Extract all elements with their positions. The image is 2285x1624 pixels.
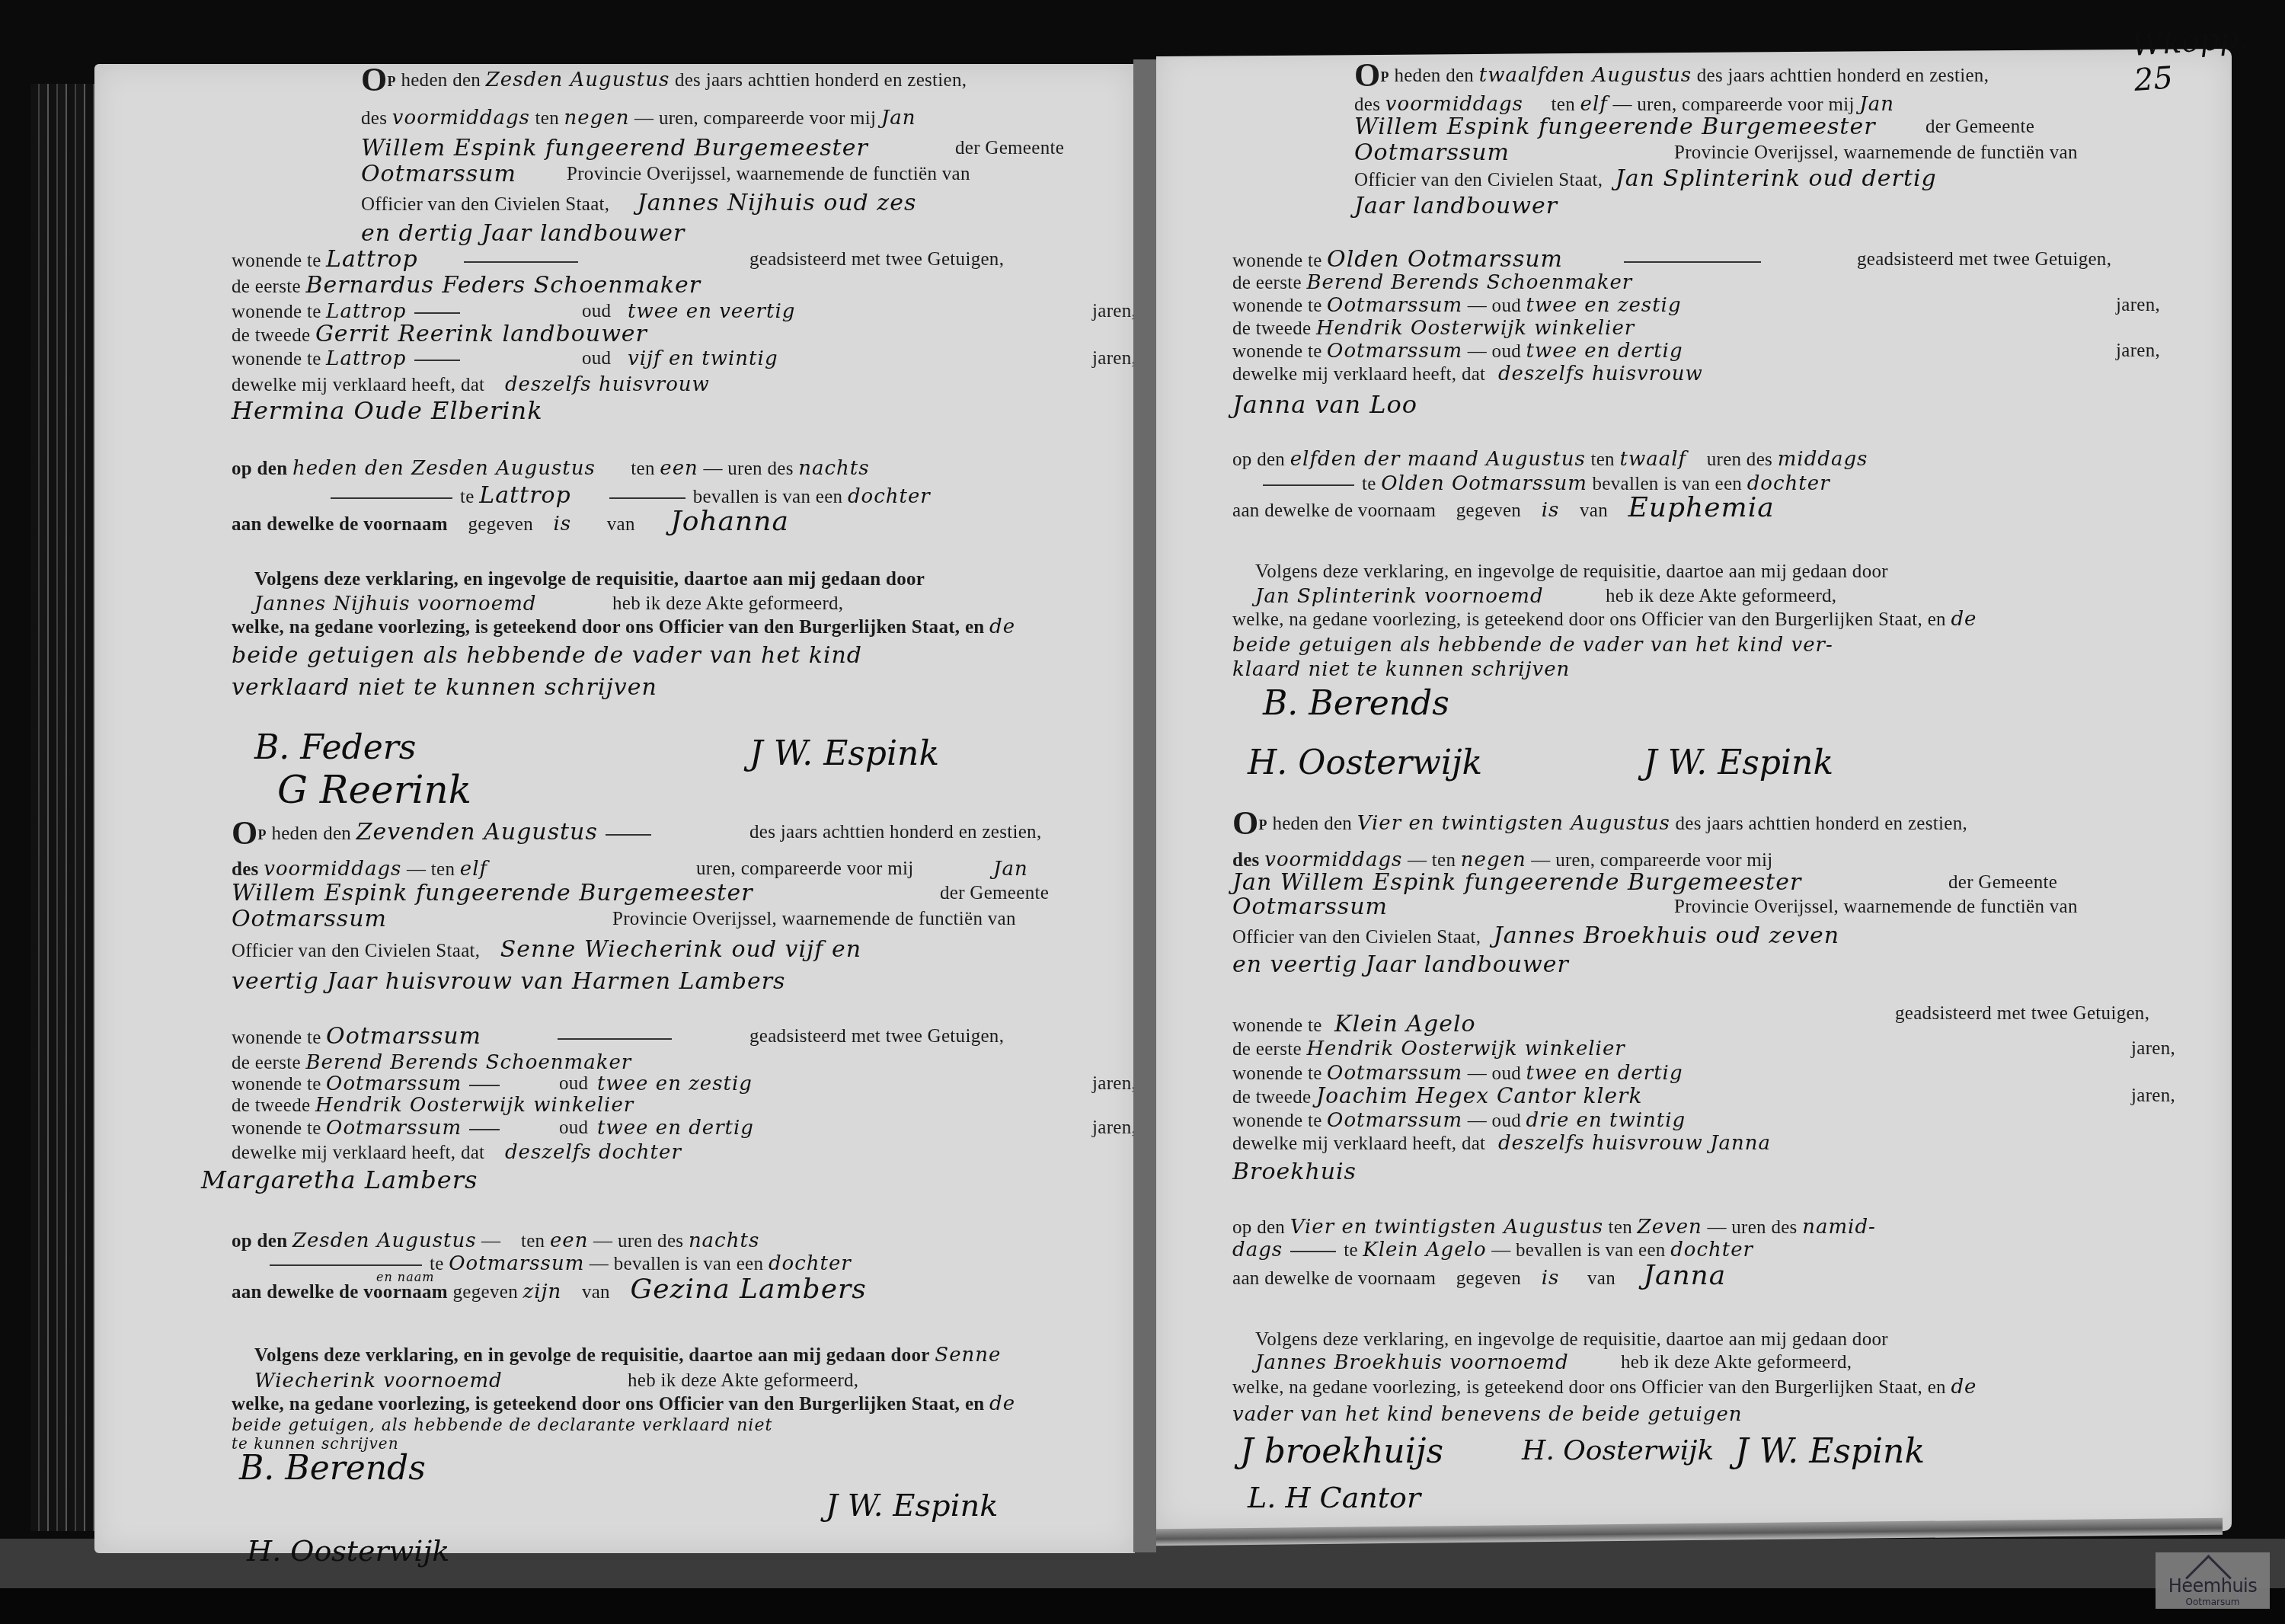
record-line: aan dewelke de voornaam gegeven is van J…	[232, 510, 789, 536]
record-line: op den Vier en twintigsten Augustus ten …	[1232, 1216, 1876, 1239]
record-line: Willem Espink fungeerende Burgemeesterde…	[232, 882, 753, 906]
book-spine	[1133, 59, 1156, 1552]
record-line: Margaretha Lambers	[201, 1168, 478, 1194]
record-line: aan dewelke de voornaam gegeven is van E…	[1232, 497, 1775, 523]
record-line: wonende te Lattropgeadsisteerd met twee …	[232, 248, 586, 273]
record-line: welke, na gedane voorlezing, is geteeken…	[1232, 608, 1977, 631]
record-line: OotmarssumProvincie Overijssel, waarneme…	[361, 163, 516, 187]
record-line: Jan Willem Espink fungeerende Burgemeest…	[1232, 871, 1801, 896]
book-page-edges	[30, 84, 94, 1531]
record-line: wonende te Ootmarssum — oud twee en dert…	[1232, 340, 1683, 363]
record-line: de eerste Hendrik Oosterwijk winkelierja…	[1232, 1037, 1625, 1061]
record-line: Broekhuis	[1232, 1161, 1357, 1185]
record-line: Officier van den Civielen Staat, Jannes …	[1232, 925, 1839, 949]
record-line: OP heden den Zevenden Augustusdes jaars …	[232, 821, 659, 846]
record-line: aan dewelke de voornaam gegeven is van J…	[1232, 1264, 1726, 1290]
record-line: wonende te Ootmarssumgeadsisteerd met tw…	[232, 1025, 679, 1050]
signature-father: J broekhuijs	[1240, 1432, 1443, 1471]
record-line: wonende te Klein Agelogeadsisteerd met t…	[1232, 1013, 1476, 1037]
record-line: OotmarssumProvincie Overijssel, waarneme…	[1354, 142, 1510, 166]
record-line: op den heden den Zesden Augustus ten een…	[232, 457, 870, 481]
record-line: Officier van den Civielen Staat, Jan Spl…	[1354, 168, 1937, 192]
record-line: vader van het kind benevens de beide get…	[1232, 1403, 1743, 1427]
record-line: de eerste Berend Berends Schoenmaker	[1232, 271, 1632, 295]
record-line: de eerste Bernardus Feders Schoenmaker	[232, 274, 701, 299]
record-line: Volgens deze verklaring, en ingevolge de…	[1255, 1328, 1888, 1351]
record-line: Officier van den Civielen Staat, Jannes …	[361, 192, 916, 216]
signature-witness-1: B. Berends	[239, 1449, 426, 1488]
record-line: te Lattropbevallen is van een dochter	[323, 484, 931, 509]
record-line: beide getuigen als hebbende de vader van…	[1232, 634, 1833, 657]
signature-witness-1: H. Oosterwijk	[1522, 1435, 1714, 1466]
record-line: en dertig Jaar landbouwer	[361, 222, 685, 247]
record-line: Janna van Loo	[1232, 393, 1417, 419]
record-line: Willem Espink fungeerende Burgemeesterde…	[1354, 116, 1876, 140]
signature-official: J W. Espink	[1644, 743, 1833, 782]
record-line: wonende te Ootmarssumoudtwee en zestigja…	[232, 1073, 507, 1096]
record-line: des voormiddags ten negen — uren, compar…	[361, 107, 916, 130]
record-line: te Ootmarssum — bevallen is van een doch…	[262, 1252, 852, 1276]
record-line: OP heden den Vier en twintigsten Augustu…	[1232, 812, 1967, 836]
record-line: Officier van den Civielen Staat, Senne W…	[232, 938, 861, 963]
record-line: OP heden den twaalfden Augustus des jaar…	[1354, 64, 1989, 88]
signature-official: J W. Espink	[826, 1488, 998, 1523]
signature-witness-2: L. H Cantor	[1248, 1481, 1421, 1514]
signature-official: J W. Espink	[749, 734, 939, 773]
record-line: des voormiddags — ten elfuren, compareer…	[232, 858, 487, 881]
record-line: Jannes Nijhuis voornoemdheb ik deze Akte…	[254, 593, 536, 616]
record-line: Jaar landbouwer	[1354, 195, 1558, 219]
folio-number: Wkopp. 25	[2130, 18, 2285, 98]
right-page: OP heden den twaalfden Augustus des jaar…	[1156, 49, 2232, 1531]
record-line: verklaard niet te kunnen schrijven	[232, 676, 657, 701]
record-line: OotmarssumProvincie Overijssel, waarneme…	[232, 908, 387, 932]
record-line: de eerste Berend Berends Schoenmaker	[232, 1051, 631, 1075]
record-line: de tweede Hendrik Oosterwijk winkelier	[1232, 317, 1635, 340]
record-line: de tweede Joachim Hegex Cantor klerkjare…	[1232, 1085, 1642, 1109]
signature-witness-2: G Reerink	[277, 768, 471, 812]
record-line: wonende te Lattropoudvijf en twintigjare…	[232, 347, 468, 371]
record-line: wonende te Ootmarssum — oud drie en twin…	[1232, 1109, 1686, 1133]
record-line: op den Zesden Augustus — ten een — uren …	[232, 1229, 759, 1253]
record-line: klaard niet te kunnen schrijven	[1232, 658, 1570, 682]
signature-witness-1: B. Berends	[1263, 684, 1449, 723]
record-line: Volgens deze verklaring, en ingevolge de…	[1255, 561, 1888, 583]
heemhuis-watermark: Heemhuis Ootmarsum	[2156, 1552, 2270, 1609]
record-line: welke, na gedane voorlezing, is geteeken…	[232, 1392, 1015, 1416]
record-line: dagste Klein Agelo — bevallen is van een…	[1232, 1239, 1753, 1262]
record-line: de tweede Gerrit Reerink landbouwer	[232, 323, 647, 347]
record-line: Wiecherink voornoemdheb ik deze Akte gef…	[254, 1370, 503, 1393]
table-shadow	[0, 1588, 2285, 1624]
record-line: op den elfden der maand Augustus ten twa…	[1232, 448, 1868, 472]
record-line: welke, na gedane voorlezing, is geteeken…	[1232, 1376, 1977, 1399]
record-line: Jan Splinterink voornoemdheb ik deze Akt…	[1255, 585, 1544, 609]
record-line: beide getuigen als hebbende de vader van…	[232, 644, 862, 669]
signature-witness-1: B. Feders	[254, 728, 416, 767]
record-line: dewelke mij verklaard heeft, dat deszelf…	[232, 1141, 682, 1165]
record-line: welke, na gedane voorlezing, is geteeken…	[232, 615, 1015, 639]
record-line: OotmarssumProvincie Overijssel, waarneme…	[1232, 896, 1388, 920]
record-line: veertig Jaar huisvrouw van Harmen Lamber…	[232, 970, 785, 995]
record-line: wonende te Olden Ootmarssumgeadsisteerd …	[1232, 248, 1769, 273]
record-line: wonende te Ootmarssumoudtwee en dertigja…	[232, 1117, 507, 1140]
signature-witness-2: H. Oosterwijk	[1248, 743, 1482, 782]
record-line: dewelke mij verklaard heeft, dat deszelf…	[1232, 1132, 1771, 1156]
record-line: wonende te Ootmarssum — oud twee en dert…	[1232, 1062, 1683, 1085]
record-line: de tweede Hendrik Oosterwijk winkelier	[232, 1094, 634, 1117]
left-page: OP heden den Zesden Augustus des jaars a…	[94, 64, 1135, 1553]
record-line: aan dewelke de voornaam gegeven zijn van…	[232, 1278, 867, 1304]
record-line: Willem Espink fungeerend Burgemeesterder…	[361, 137, 868, 161]
record-line: Hermina Oude Elberink	[232, 399, 543, 425]
record-line: Volgens deze verklaring, en in gevolge d…	[254, 1344, 1001, 1367]
record-line: Jannes Broekhuis voornoemdheb ik deze Ak…	[1255, 1351, 1569, 1375]
signature-witness-2: H. Oosterwijk	[247, 1534, 449, 1568]
record-line: OP heden den Zesden Augustus des jaars a…	[361, 69, 967, 93]
record-line: dewelke mij verklaard heeft, dat deszelf…	[1232, 363, 1703, 386]
record-line: Volgens deze verklaring, en ingevolge de…	[254, 568, 925, 591]
record-line: en veertig Jaar landbouwer	[1232, 954, 1569, 978]
record-line: wonende te Ootmarssum — oud twee en zest…	[1232, 294, 1682, 318]
record-line: dewelke mij verklaard heeft, dat deszelf…	[232, 373, 710, 397]
signature-official: J W. Espink	[1735, 1432, 1925, 1471]
